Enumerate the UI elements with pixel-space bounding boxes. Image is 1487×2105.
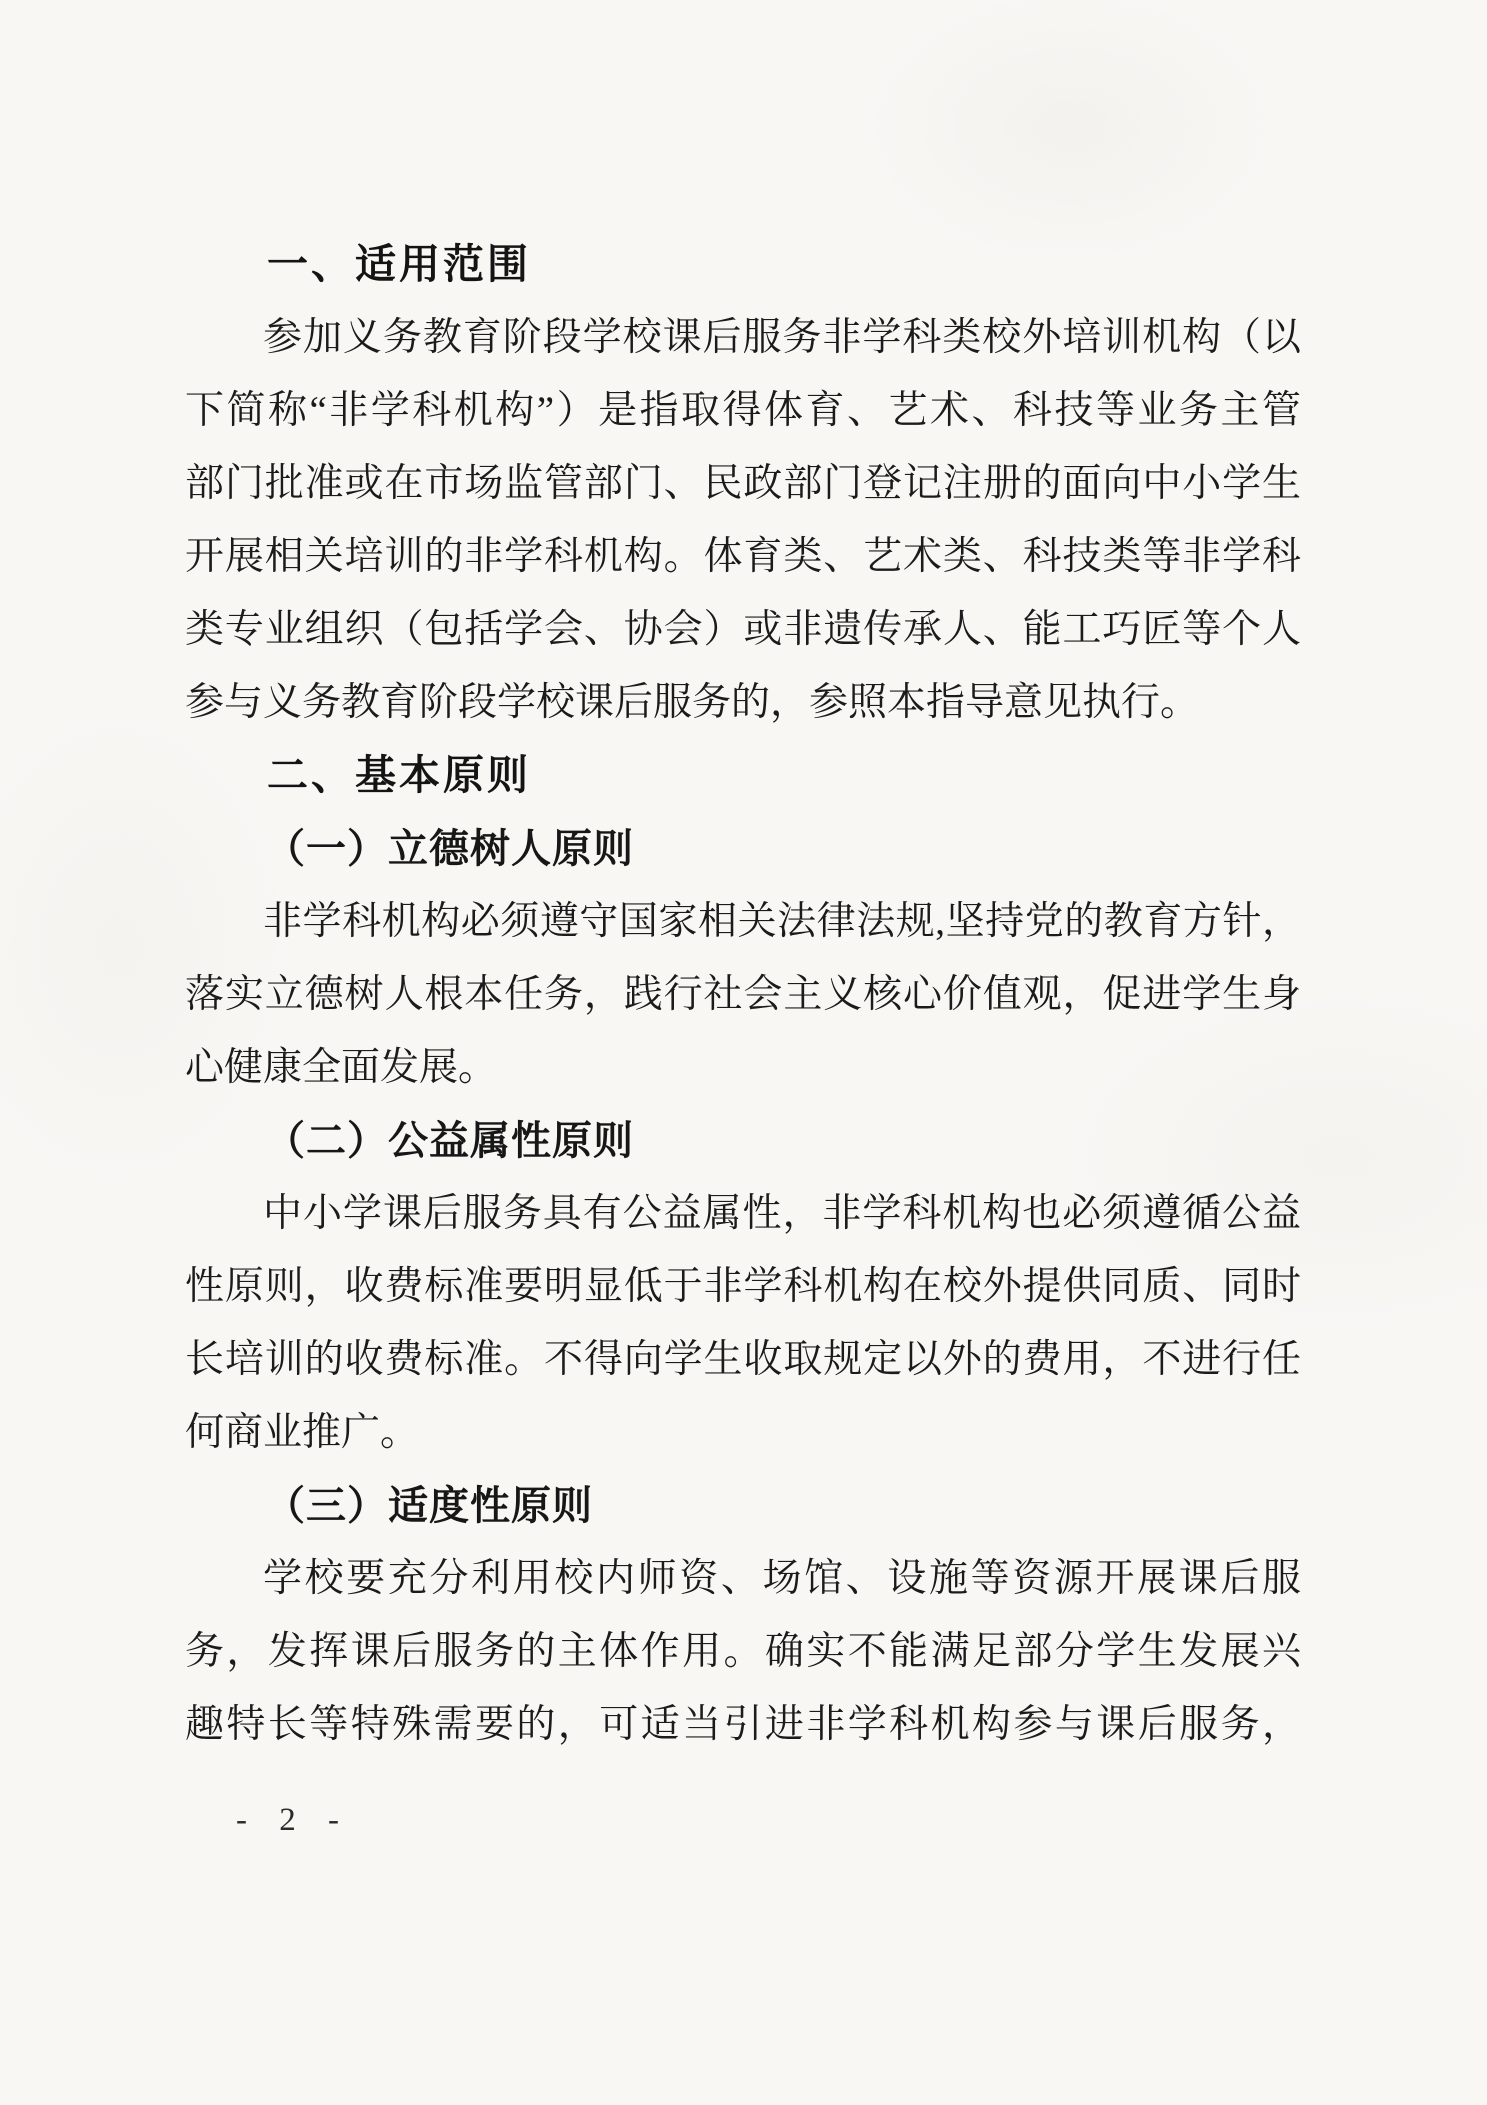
text-line: 部门批准或在市场监管部门、民政部门登记注册的面向中小学生: [185, 447, 1301, 520]
text-line: 非学科机构必须遵守国家相关法律法规,坚持党的教育方针，: [185, 885, 1301, 958]
text-line: 何商业推广。: [185, 1396, 1301, 1469]
document-body: 一、适用范围 参加义务教育阶段学校课后服务非学科类校外培训机构（以 下简称“非学…: [185, 228, 1301, 1761]
text-line: 趣特长等特殊需要的，可适当引进非学科机构参与课后服务，: [185, 1688, 1301, 1761]
text-line: 参与义务教育阶段学校课后服务的，参照本指导意见执行。: [185, 666, 1301, 739]
subsection-heading-moral-education: （一）立德树人原则: [185, 812, 1301, 885]
text-line: 开展相关培训的非学科机构。体育类、艺术类、科技类等非学科: [185, 520, 1301, 593]
text-line: 落实立德树人根本任务，践行社会主义核心价值观，促进学生身: [185, 958, 1301, 1031]
text-line: 性原则，收费标准要明显低于非学科机构在校外提供同质、同时: [185, 1250, 1301, 1323]
subsection-heading-public-welfare: （二）公益属性原则: [185, 1104, 1301, 1177]
text-line: 长培训的收费标准。不得向学生收取规定以外的费用，不进行任: [185, 1323, 1301, 1396]
text-line: 类专业组织（包括学会、协会）或非遗传承人、能工巧匠等个人: [185, 593, 1301, 666]
text-line: 参加义务教育阶段学校课后服务非学科类校外培训机构（以: [185, 301, 1301, 374]
text-line: 务，发挥课后服务的主体作用。确实不能满足部分学生发展兴: [185, 1615, 1301, 1688]
text-line: 下简称“非学科机构”）是指取得体育、艺术、科技等业务主管: [185, 374, 1301, 447]
text-line: 学校要充分利用校内师资、场馆、设施等资源开展课后服: [185, 1542, 1301, 1615]
section-heading-scope: 一、适用范围: [185, 228, 1301, 301]
page-number: - 2 -: [236, 1802, 351, 1839]
subsection-heading-moderation: （三）适度性原则: [185, 1469, 1301, 1542]
section-heading-basic-principles: 二、基本原则: [185, 739, 1301, 812]
text-line: 中小学课后服务具有公益属性，非学科机构也必须遵循公益: [185, 1177, 1301, 1250]
text-line: 心健康全面发展。: [185, 1031, 1301, 1104]
